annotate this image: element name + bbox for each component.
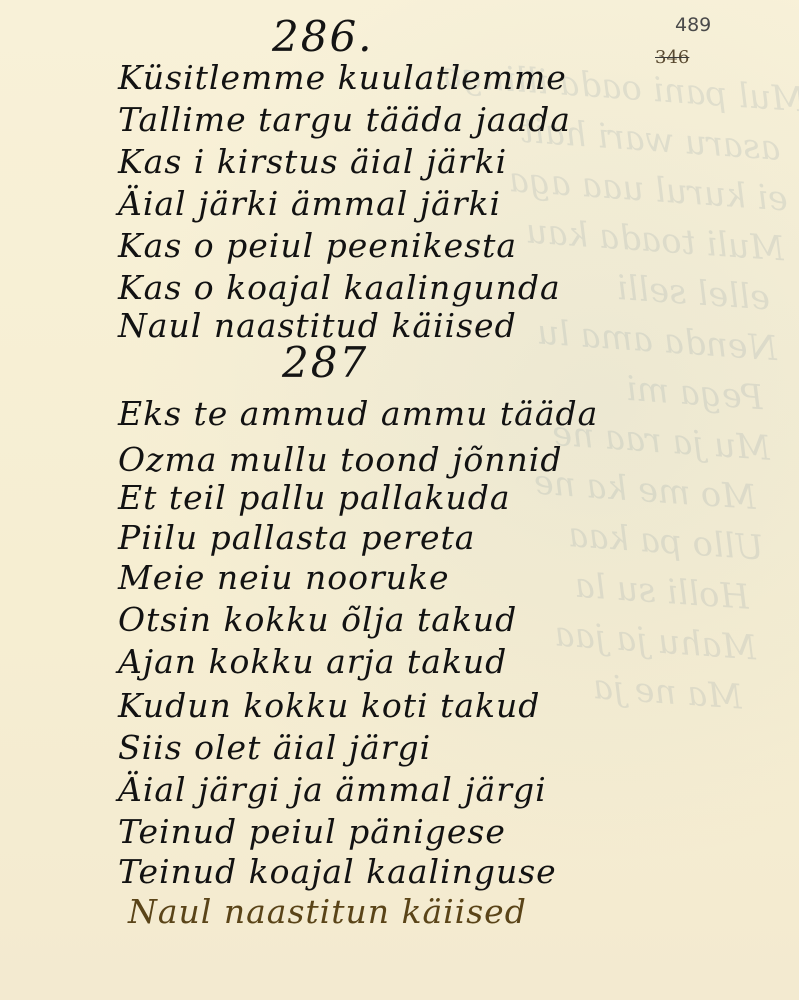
song-287-line-12: Teinud koajal kaalinguse bbox=[118, 852, 557, 891]
song-287-line-2: Ozma mullu toond jõnnid bbox=[118, 440, 562, 479]
song-286-line-4: Äial järki ämmal järki bbox=[118, 184, 501, 223]
song-287-line-4: Piilu pallasta pereta bbox=[118, 518, 475, 557]
song-286-line-6: Kas o koajal kaalingunda bbox=[118, 268, 561, 307]
manuscript-page: Mul pani oada illinga asaru wari hait ei… bbox=[0, 0, 799, 1000]
song-287-line-10: Äial järgi ja ämmal järgi bbox=[118, 770, 547, 809]
song-287-line-11: Teinud peiul pänigese bbox=[118, 812, 506, 851]
song-287-line-6: Otsin kokku õlja takud bbox=[118, 600, 517, 639]
song-number-287: 287 bbox=[282, 338, 368, 387]
song-287-line-8: Kudun kokku koti takud bbox=[118, 686, 540, 725]
song-286-line-3: Kas i kirstus äial järki bbox=[118, 142, 507, 181]
song-287-line-3: Et teil pallu pallakuda bbox=[118, 478, 511, 517]
song-286-line-5: Kas o peiul peenikesta bbox=[118, 226, 517, 265]
song-287-line-5: Meie neiu nooruke bbox=[118, 558, 450, 597]
song-286-line-1: Küsitlemme kuulatlemme bbox=[118, 58, 567, 97]
archive-struck-number: 346 bbox=[655, 47, 689, 68]
song-286-line-2: Tallime targu tääda jaada bbox=[118, 100, 571, 139]
archive-page-number: 489 bbox=[675, 14, 711, 36]
song-287-line-7: Ajan kokku arja takud bbox=[118, 642, 507, 681]
song-287-line-9: Siis olet äial järgi bbox=[118, 728, 431, 767]
song-287-line-1: Eks te ammud ammu tääda bbox=[118, 394, 598, 433]
song-number-286: 286. bbox=[272, 12, 374, 61]
song-287-line-13: Naul naastitun käiised bbox=[128, 892, 527, 931]
